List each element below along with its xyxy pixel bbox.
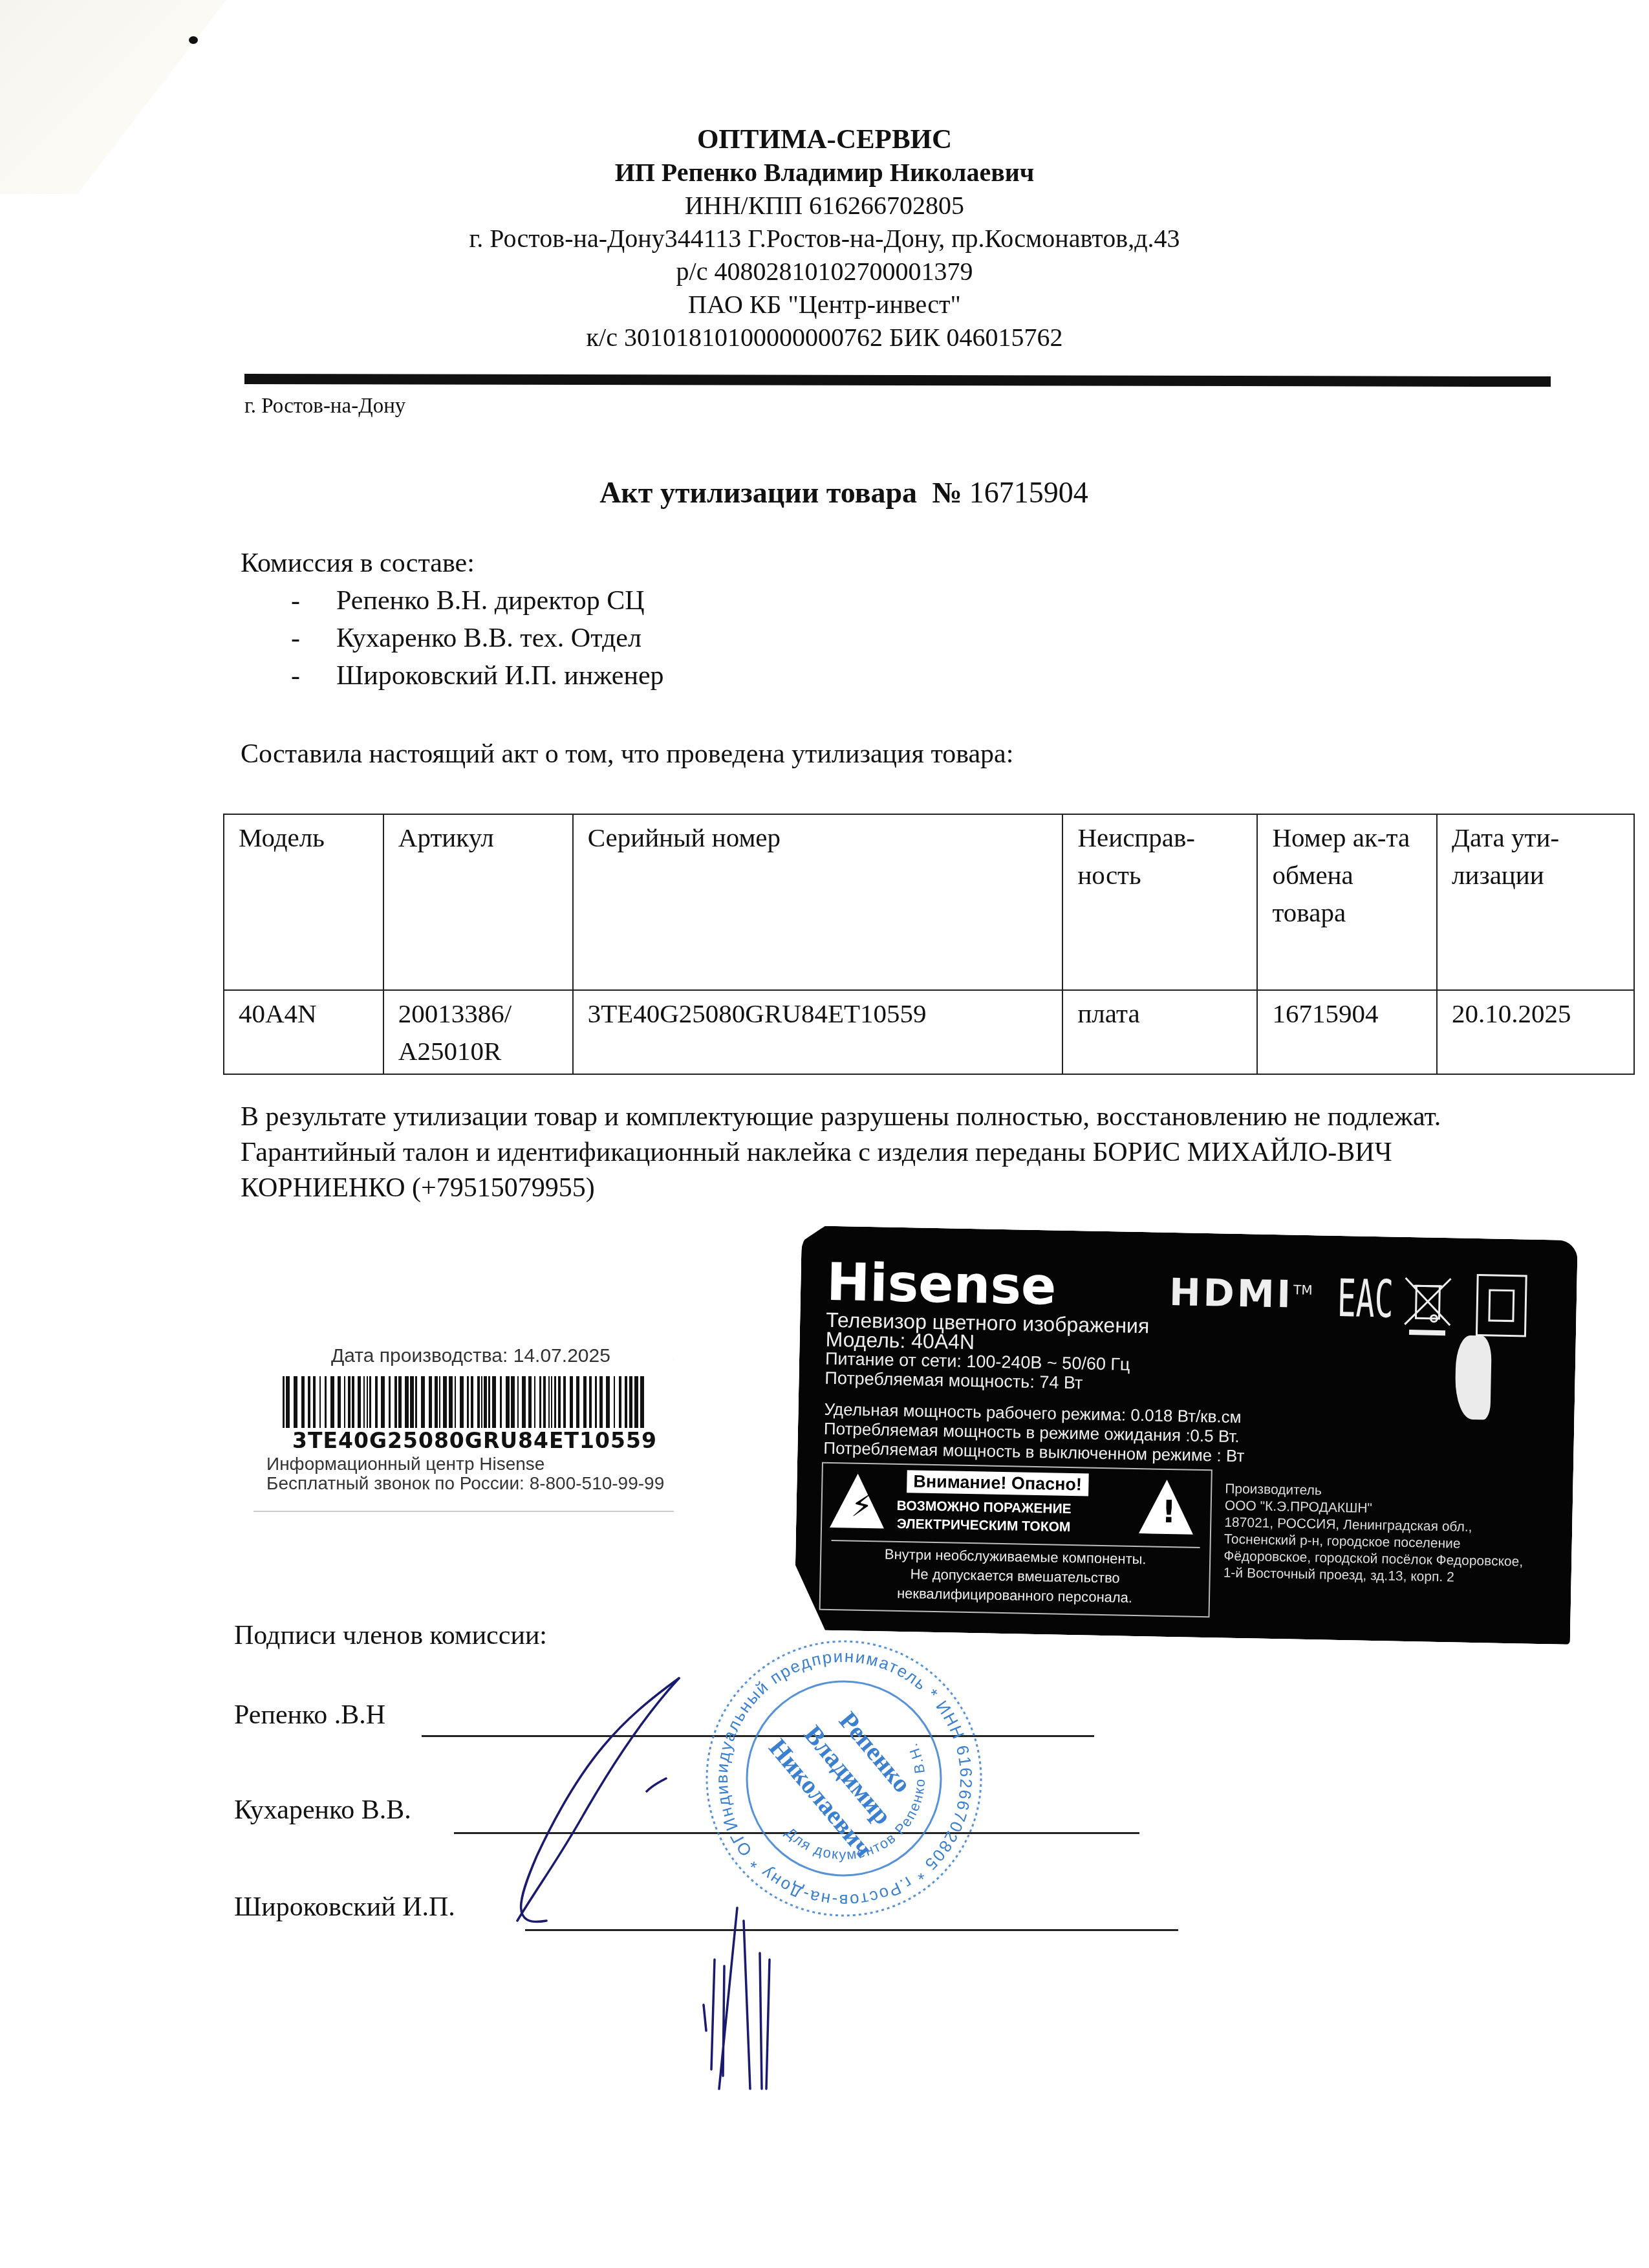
corr-account-bik: к/с 30101810100000000762 БИК 046015762	[0, 321, 1649, 354]
sticker-serial: 3TE40G25080GRU84ET10559	[292, 1428, 657, 1453]
handover-text: Гарантийный талон и идентификационный на…	[241, 1135, 1553, 1206]
cell-serial: 3TE40G25080GRU84ET10559	[573, 990, 1063, 1074]
col-header-date: Дата ути-лизации	[1437, 814, 1634, 990]
signature-row: Репенко .В.Н	[234, 1700, 385, 1731]
hotline: Бесплатный звонок по России: 8-800-510-9…	[266, 1473, 664, 1494]
info-center: Информационный центр Hisense	[266, 1454, 544, 1474]
company-header: ОПТИМА-СЕРВИС ИП Репенко Владимир Никола…	[0, 123, 1649, 354]
signature-row: Кухаренко В.В.	[234, 1795, 411, 1826]
weee-crossed-bin-icon	[1401, 1273, 1454, 1339]
warning-title: Внимание! Опасно!	[907, 1470, 1088, 1496]
signature-row: Широковский И.П.	[234, 1892, 455, 1923]
tm-mark: TM	[1293, 1282, 1313, 1298]
goods-table: Модель Артикул Серийный номер Неисправ-н…	[223, 814, 1635, 1075]
signer-name: Репенко .В.Н	[234, 1700, 385, 1730]
col-header-fault: Неисправ-ность	[1062, 814, 1257, 990]
commission-members: Репенко В.Н. директор СЦ Кухаренко В.В. …	[285, 582, 664, 695]
document-title: Акт утилизации товара № 16715904	[0, 475, 1649, 510]
col-header-serial: Серийный номер	[573, 814, 1063, 990]
col-header-model: Модель	[224, 814, 383, 990]
col-header-article: Артикул	[383, 814, 573, 990]
table-header-row: Модель Артикул Серийный номер Неисправ-н…	[224, 814, 1634, 990]
act-title: Акт утилизации товара	[599, 476, 917, 509]
company-stamp: Индивидуальный предприниматель * ИНН 616…	[702, 1636, 986, 1921]
cell-fault: плата	[1062, 990, 1257, 1074]
signer-name: Кухаренко В.В.	[234, 1795, 411, 1825]
bank-name: ПАО КБ "Центр-инвест"	[0, 288, 1649, 321]
hdmi-logo: HDMITM	[1169, 1270, 1313, 1317]
act-number: 16715904	[969, 476, 1088, 509]
label-power-specs: Удельная мощность рабочего режима: 0.018…	[823, 1399, 1245, 1465]
member-item: Репенко В.Н. директор СЦ	[285, 582, 664, 620]
barcode-icon	[283, 1376, 645, 1428]
label-scratch	[1454, 1335, 1491, 1420]
scan-speck	[189, 36, 198, 44]
number-sign: №	[932, 476, 962, 509]
cell-model: 40A4N	[224, 990, 383, 1074]
cell-exchange-act: 16715904	[1257, 990, 1437, 1074]
signatures-title: Подписи членов комиссии:	[234, 1620, 547, 1651]
bank-account: р/с 40802810102700001379	[0, 255, 1649, 288]
hisense-rating-label: Hisense Телевизор цветного изображения М…	[794, 1226, 1578, 1645]
result-text: В результате утилизации товар и комплект…	[241, 1099, 1579, 1135]
entrepreneur-name: ИП Репенко Владимир Николаевич	[0, 156, 1649, 189]
eac-mark-icon: EAC	[1337, 1268, 1394, 1330]
warning-text: Внутри необслуживаемые компоненты. Не до…	[821, 1544, 1210, 1610]
signature-line	[525, 1929, 1178, 1931]
exclamation-warning-icon: !	[1139, 1479, 1194, 1535]
signer-name: Широковский И.П.	[234, 1892, 455, 1922]
result-section: В результате утилизации товар и комплект…	[241, 1099, 1579, 1206]
cell-article: 20013386/ A25010R	[383, 990, 573, 1074]
org-name: ОПТИМА-СЕРВИС	[0, 123, 1649, 156]
barcode-sticker: Дата производства: 14.07.2025 3TE40G2508…	[253, 1337, 674, 1512]
high-voltage-icon: ⚡	[830, 1473, 885, 1529]
table-row: 40A4N 20013386/ A25010R 3TE40G25080GRU84…	[224, 990, 1634, 1074]
manufacturer-info: Производитель ООО "К.Э.ПРОДАКШН" 187021,…	[1223, 1481, 1525, 1588]
hisense-logo: Hisense	[826, 1252, 1057, 1317]
inn-kpp: ИНН/КПП 616266702805	[0, 189, 1649, 222]
warning-subtitle: ВОЗМОЖНО ПОРАЖЕНИЕ ЭЛЕКТРИЧЕСКИМ ТОКОМ	[880, 1496, 1088, 1537]
commission-label: Комиссия в составе:	[241, 545, 475, 582]
member-item: Кухаренко В.В. тех. Отдел	[285, 620, 664, 657]
label-specs: Телевизор цветного изображения Модель: 4…	[824, 1310, 1149, 1394]
col-header-exchange-act: Номер ак-та обмена товара	[1257, 814, 1437, 990]
warning-box: ⚡ Внимание! Опасно! ВОЗМОЖНО ПОРАЖЕНИЕ Э…	[819, 1462, 1212, 1618]
double-insulation-icon	[1476, 1274, 1527, 1337]
intro-text: Составила настоящий акт о том, что прове…	[241, 739, 1013, 770]
hdmi-text: HDMI	[1169, 1270, 1293, 1317]
header-divider	[244, 374, 1551, 387]
company-address: г. Ростов-на-Дону344113 Г.Ростов-на-Дону…	[0, 222, 1649, 255]
production-date: Дата производства: 14.07.2025	[331, 1345, 610, 1367]
document-city: г. Ростов-на-Дону	[244, 394, 405, 418]
member-item: Широковский И.П. инженер	[285, 657, 664, 695]
cell-date: 20.10.2025	[1437, 990, 1634, 1074]
